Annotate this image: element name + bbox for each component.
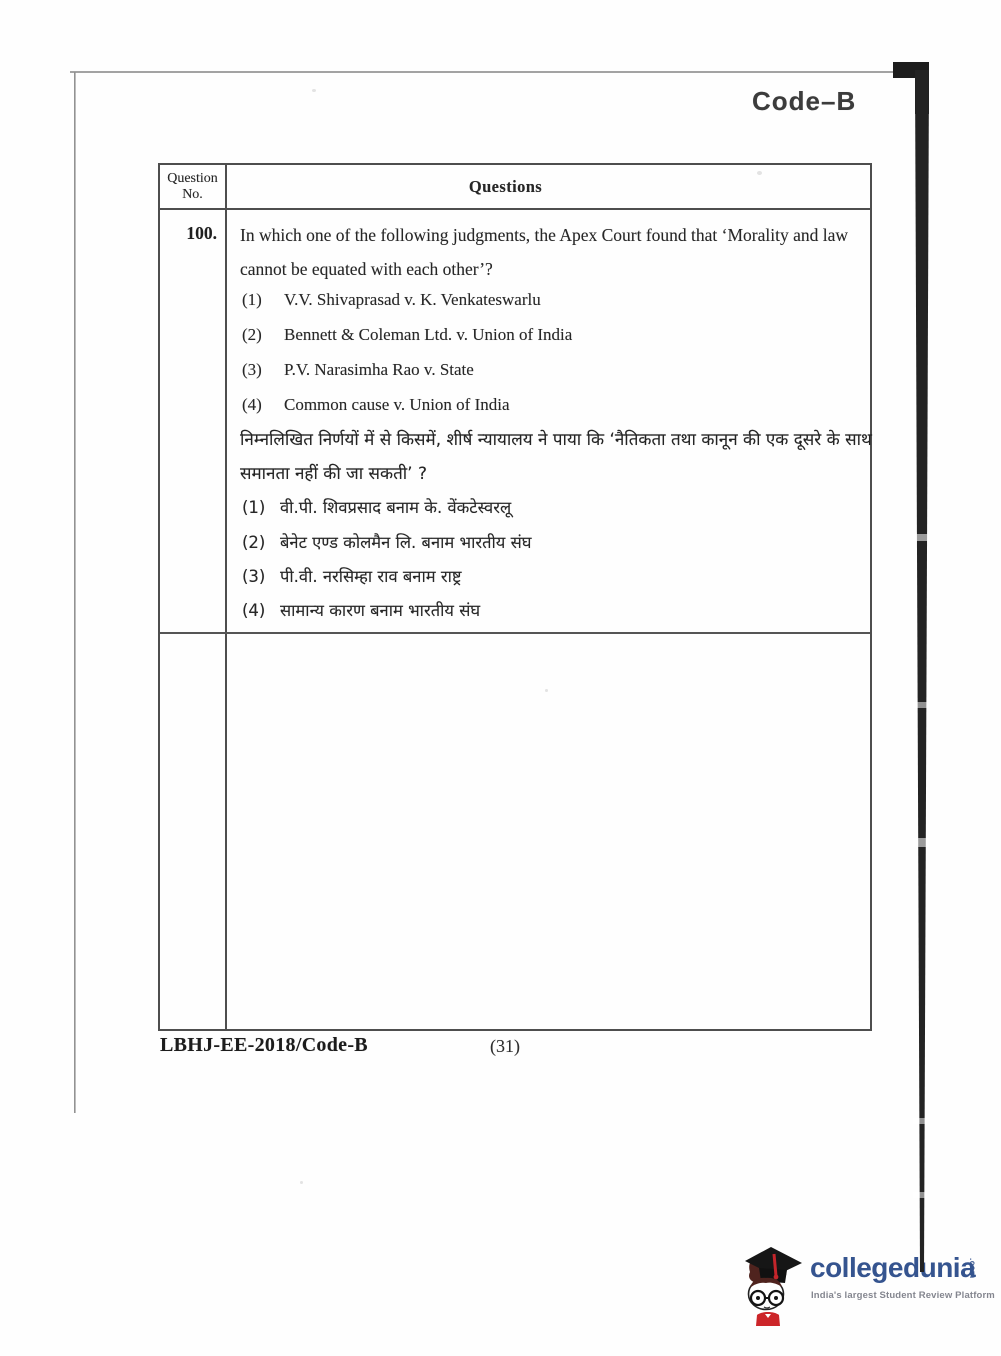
option-text: P.V. Narasimha Rao v. State [284,360,474,380]
questions-header: Questions [227,165,870,208]
scan-speck [312,89,316,92]
option-text: Bennett & Coleman Ltd. v. Union of India [284,325,572,345]
table-column-divider [225,165,227,1029]
scan-right-edge-strip [915,70,929,1272]
option-row-english: (1)V.V. Shivaprasad v. K. Venkateswarlu [242,290,541,310]
collegedunia-domain-suffix: .com [968,1258,977,1279]
option-row-hindi: (2)बेनेट एण्ड कोलमैन लि. बनाम भारतीय संघ [242,530,532,553]
option-text: सामान्य कारण बनाम भारतीय संघ [280,598,480,621]
option-row-hindi: (1)वी.पी. शिवप्रसाद बनाम के. वेंकटेस्वरल… [242,495,511,518]
collegedunia-mascot-icon [736,1246,806,1326]
option-number: (4) [242,601,274,620]
scan-left-rule [74,72,76,1113]
collegedunia-wordmark: collegedunia [810,1252,975,1284]
page-number: (31) [490,1036,520,1057]
collegedunia-tagline: India's largest Student Review Platform [811,1290,996,1301]
option-number: (1) [242,290,274,310]
paper-code-label: Code–B [752,86,856,117]
scan-corner-mark [893,62,929,114]
question-text-hindi: निम्नलिखित निर्णयों में से किसमें, शीर्ष… [240,423,880,491]
option-row-english: (2)Bennett & Coleman Ltd. v. Union of In… [242,325,572,345]
table-header-divider [160,208,870,210]
option-row-hindi: (3)पी.वी. नरसिम्हा राव बनाम राष्ट्र [242,564,462,587]
option-text: बेनेट एण्ड कोलमैन लि. बनाम भारतीय संघ [280,530,532,553]
option-row-hindi: (4)सामान्य कारण बनाम भारतीय संघ [242,598,480,621]
option-number: (2) [242,325,274,345]
question-no-header-line1: Question [167,171,218,187]
option-number: (2) [242,533,274,552]
option-number: (1) [242,498,274,517]
option-text: V.V. Shivaprasad v. K. Venkateswarlu [284,290,541,310]
option-text: वी.पी. शिवप्रसाद बनाम के. वेंकटेस्वरलू [280,495,511,518]
question-text-english: In which one of the following judgments,… [240,219,876,286]
paper-code-footer: LBHJ-EE-2018/Code-B [160,1034,368,1057]
collegedunia-logo: collegedunia .com India's largest Studen… [736,1246,996,1326]
question-no-header-line2: No. [182,187,203,203]
option-text: पी.वी. नरसिम्हा राव बनाम राष्ट्र [280,564,462,587]
table-row-divider [160,632,870,634]
option-number: (3) [242,567,274,586]
scan-speck [300,1181,303,1184]
questions-table: Question No. Questions 100. In which one… [158,163,872,1031]
scan-top-rule [70,71,895,73]
question-number: 100. [160,223,225,244]
question-no-header: Question No. [160,165,225,208]
option-row-english: (3)P.V. Narasimha Rao v. State [242,360,474,380]
option-text: Common cause v. Union of India [284,395,510,415]
option-number: (4) [242,395,274,415]
scanned-exam-page: Code–B Question No. Questions 100. In wh… [0,0,1001,1356]
option-row-english: (4)Common cause v. Union of India [242,395,510,415]
option-number: (3) [242,360,274,380]
